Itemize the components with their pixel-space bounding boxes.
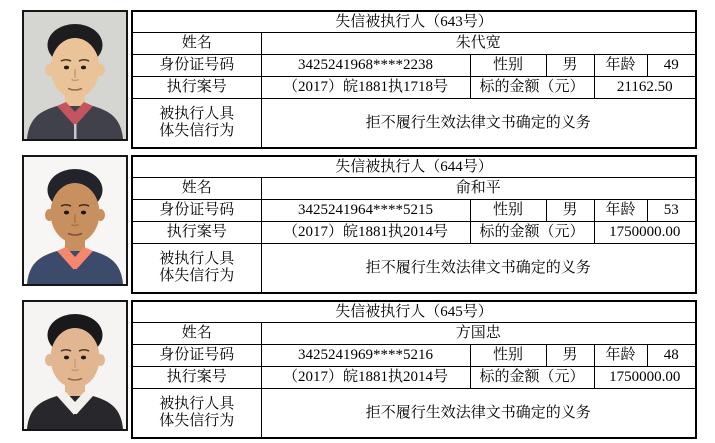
- behavior-label: 被执行人具 体失信行为: [132, 244, 261, 294]
- amount-label: 标的金额（元）: [470, 222, 594, 244]
- name-value: 俞和平: [261, 178, 696, 200]
- name-value: 朱代宽: [261, 33, 696, 55]
- title-row: 失信被执行人（644号）: [132, 156, 696, 178]
- table-title: 失信被执行人（644号）: [132, 156, 696, 178]
- dishonest-debtor-notice: 失信被执行人（643号） 姓名 朱代宽 身份证号码 3425241968****…: [0, 0, 715, 443]
- behavior-row: 被执行人具 体失信行为 拒不履行生效法律文书确定的义务: [132, 99, 696, 149]
- case-label: 执行案号: [132, 222, 261, 244]
- debtor-record-1: 失信被执行人（643号） 姓名 朱代宽 身份证号码 3425241968****…: [22, 10, 715, 149]
- table-title: 失信被执行人（643号）: [132, 11, 696, 33]
- face: [51, 183, 100, 243]
- portrait-photo-frame: [22, 10, 128, 141]
- case-value: （2017）皖1881执2014号: [261, 367, 470, 389]
- gender-value: 男: [546, 200, 594, 222]
- behavior-value: 拒不履行生效法律文书确定的义务: [261, 244, 696, 294]
- case-row: 执行案号 （2017）皖1881执1718号 标的金额（元） 21162.50: [132, 77, 696, 99]
- gender-value: 男: [546, 55, 594, 77]
- id-label: 身份证号码: [132, 55, 261, 77]
- case-label: 执行案号: [132, 77, 261, 99]
- case-row: 执行案号 （2017）皖1881执2014号 标的金额（元） 1750000.0…: [132, 222, 696, 244]
- age-label: 年龄: [594, 345, 647, 367]
- id-row: 身份证号码 3425241964****5215 性别 男 年龄 53: [132, 200, 696, 222]
- name-row: 姓名 朱代宽: [132, 33, 696, 55]
- zipper: [74, 414, 77, 429]
- amount-value: 21162.50: [594, 77, 696, 99]
- case-label: 执行案号: [132, 367, 261, 389]
- behavior-label-line1: 被执行人具: [135, 251, 259, 268]
- id-row: 身份证号码 3425241968****2238 性别 男 年龄 49: [132, 55, 696, 77]
- right-eye: [81, 66, 86, 70]
- gender-value: 男: [546, 345, 594, 367]
- left-eye: [64, 211, 69, 215]
- name-value: 方国忠: [261, 323, 696, 345]
- id-value: 3425241969****5216: [261, 345, 470, 367]
- behavior-label: 被执行人具 体失信行为: [132, 389, 261, 439]
- amount-label: 标的金额（元）: [470, 367, 594, 389]
- portrait-photo-frame: [22, 155, 128, 286]
- right-eye: [81, 211, 86, 215]
- name-label: 姓名: [132, 323, 261, 345]
- amount-value: 1750000.00: [594, 367, 696, 389]
- enforcement-info-table: 失信被执行人（643号） 姓名 朱代宽 身份证号码 3425241968****…: [131, 10, 697, 149]
- face: [51, 38, 100, 98]
- behavior-label-line2: 体失信行为: [135, 268, 259, 285]
- case-value: （2017）皖1881执1718号: [261, 77, 470, 99]
- behavior-value: 拒不履行生效法律文书确定的义务: [261, 389, 696, 439]
- amount-value: 1750000.00: [594, 222, 696, 244]
- behavior-label-line2: 体失信行为: [135, 413, 259, 430]
- portrait-illustration: [24, 302, 126, 429]
- portrait-photo-frame: [22, 300, 128, 431]
- name-row: 姓名 俞和平: [132, 178, 696, 200]
- behavior-label-line2: 体失信行为: [135, 123, 259, 140]
- id-label: 身份证号码: [132, 345, 261, 367]
- gender-label: 性别: [470, 55, 546, 77]
- behavior-row: 被执行人具 体失信行为 拒不履行生效法律文书确定的义务: [132, 244, 696, 294]
- zipper: [74, 124, 77, 139]
- gender-label: 性别: [470, 345, 546, 367]
- portrait-illustration: [24, 12, 126, 139]
- age-value: 49: [647, 55, 696, 77]
- right-eye: [81, 356, 86, 360]
- age-value: 48: [647, 345, 696, 367]
- id-label: 身份证号码: [132, 200, 261, 222]
- case-row: 执行案号 （2017）皖1881执2014号 标的金额（元） 1750000.0…: [132, 367, 696, 389]
- behavior-row: 被执行人具 体失信行为 拒不履行生效法律文书确定的义务: [132, 389, 696, 439]
- id-row: 身份证号码 3425241969****5216 性别 男 年龄 48: [132, 345, 696, 367]
- amount-label: 标的金额（元）: [470, 77, 594, 99]
- name-row: 姓名 方国忠: [132, 323, 696, 345]
- debtor-record-2: 失信被执行人（644号） 姓名 俞和平 身份证号码 3425241964****…: [22, 155, 715, 294]
- zipper: [74, 269, 77, 284]
- behavior-label: 被执行人具 体失信行为: [132, 99, 261, 149]
- age-label: 年龄: [594, 55, 647, 77]
- behavior-label-line1: 被执行人具: [135, 106, 259, 123]
- id-value: 3425241964****5215: [261, 200, 470, 222]
- behavior-label-line1: 被执行人具: [135, 396, 259, 413]
- face: [51, 328, 100, 388]
- enforcement-info-table: 失信被执行人（644号） 姓名 俞和平 身份证号码 3425241964****…: [131, 155, 697, 294]
- gender-label: 性别: [470, 200, 546, 222]
- debtor-record-3: 失信被执行人（645号） 姓名 方国忠 身份证号码 3425241969****…: [22, 300, 715, 439]
- case-value: （2017）皖1881执2014号: [261, 222, 470, 244]
- table-title: 失信被执行人（645号）: [132, 301, 696, 323]
- left-eye: [64, 356, 69, 360]
- name-label: 姓名: [132, 33, 261, 55]
- age-label: 年龄: [594, 200, 647, 222]
- portrait-illustration: [24, 157, 126, 284]
- id-value: 3425241968****2238: [261, 55, 470, 77]
- age-value: 53: [647, 200, 696, 222]
- enforcement-info-table: 失信被执行人（645号） 姓名 方国忠 身份证号码 3425241969****…: [131, 300, 697, 439]
- left-eye: [64, 66, 69, 70]
- name-label: 姓名: [132, 178, 261, 200]
- title-row: 失信被执行人（645号）: [132, 301, 696, 323]
- behavior-value: 拒不履行生效法律文书确定的义务: [261, 99, 696, 149]
- title-row: 失信被执行人（643号）: [132, 11, 696, 33]
